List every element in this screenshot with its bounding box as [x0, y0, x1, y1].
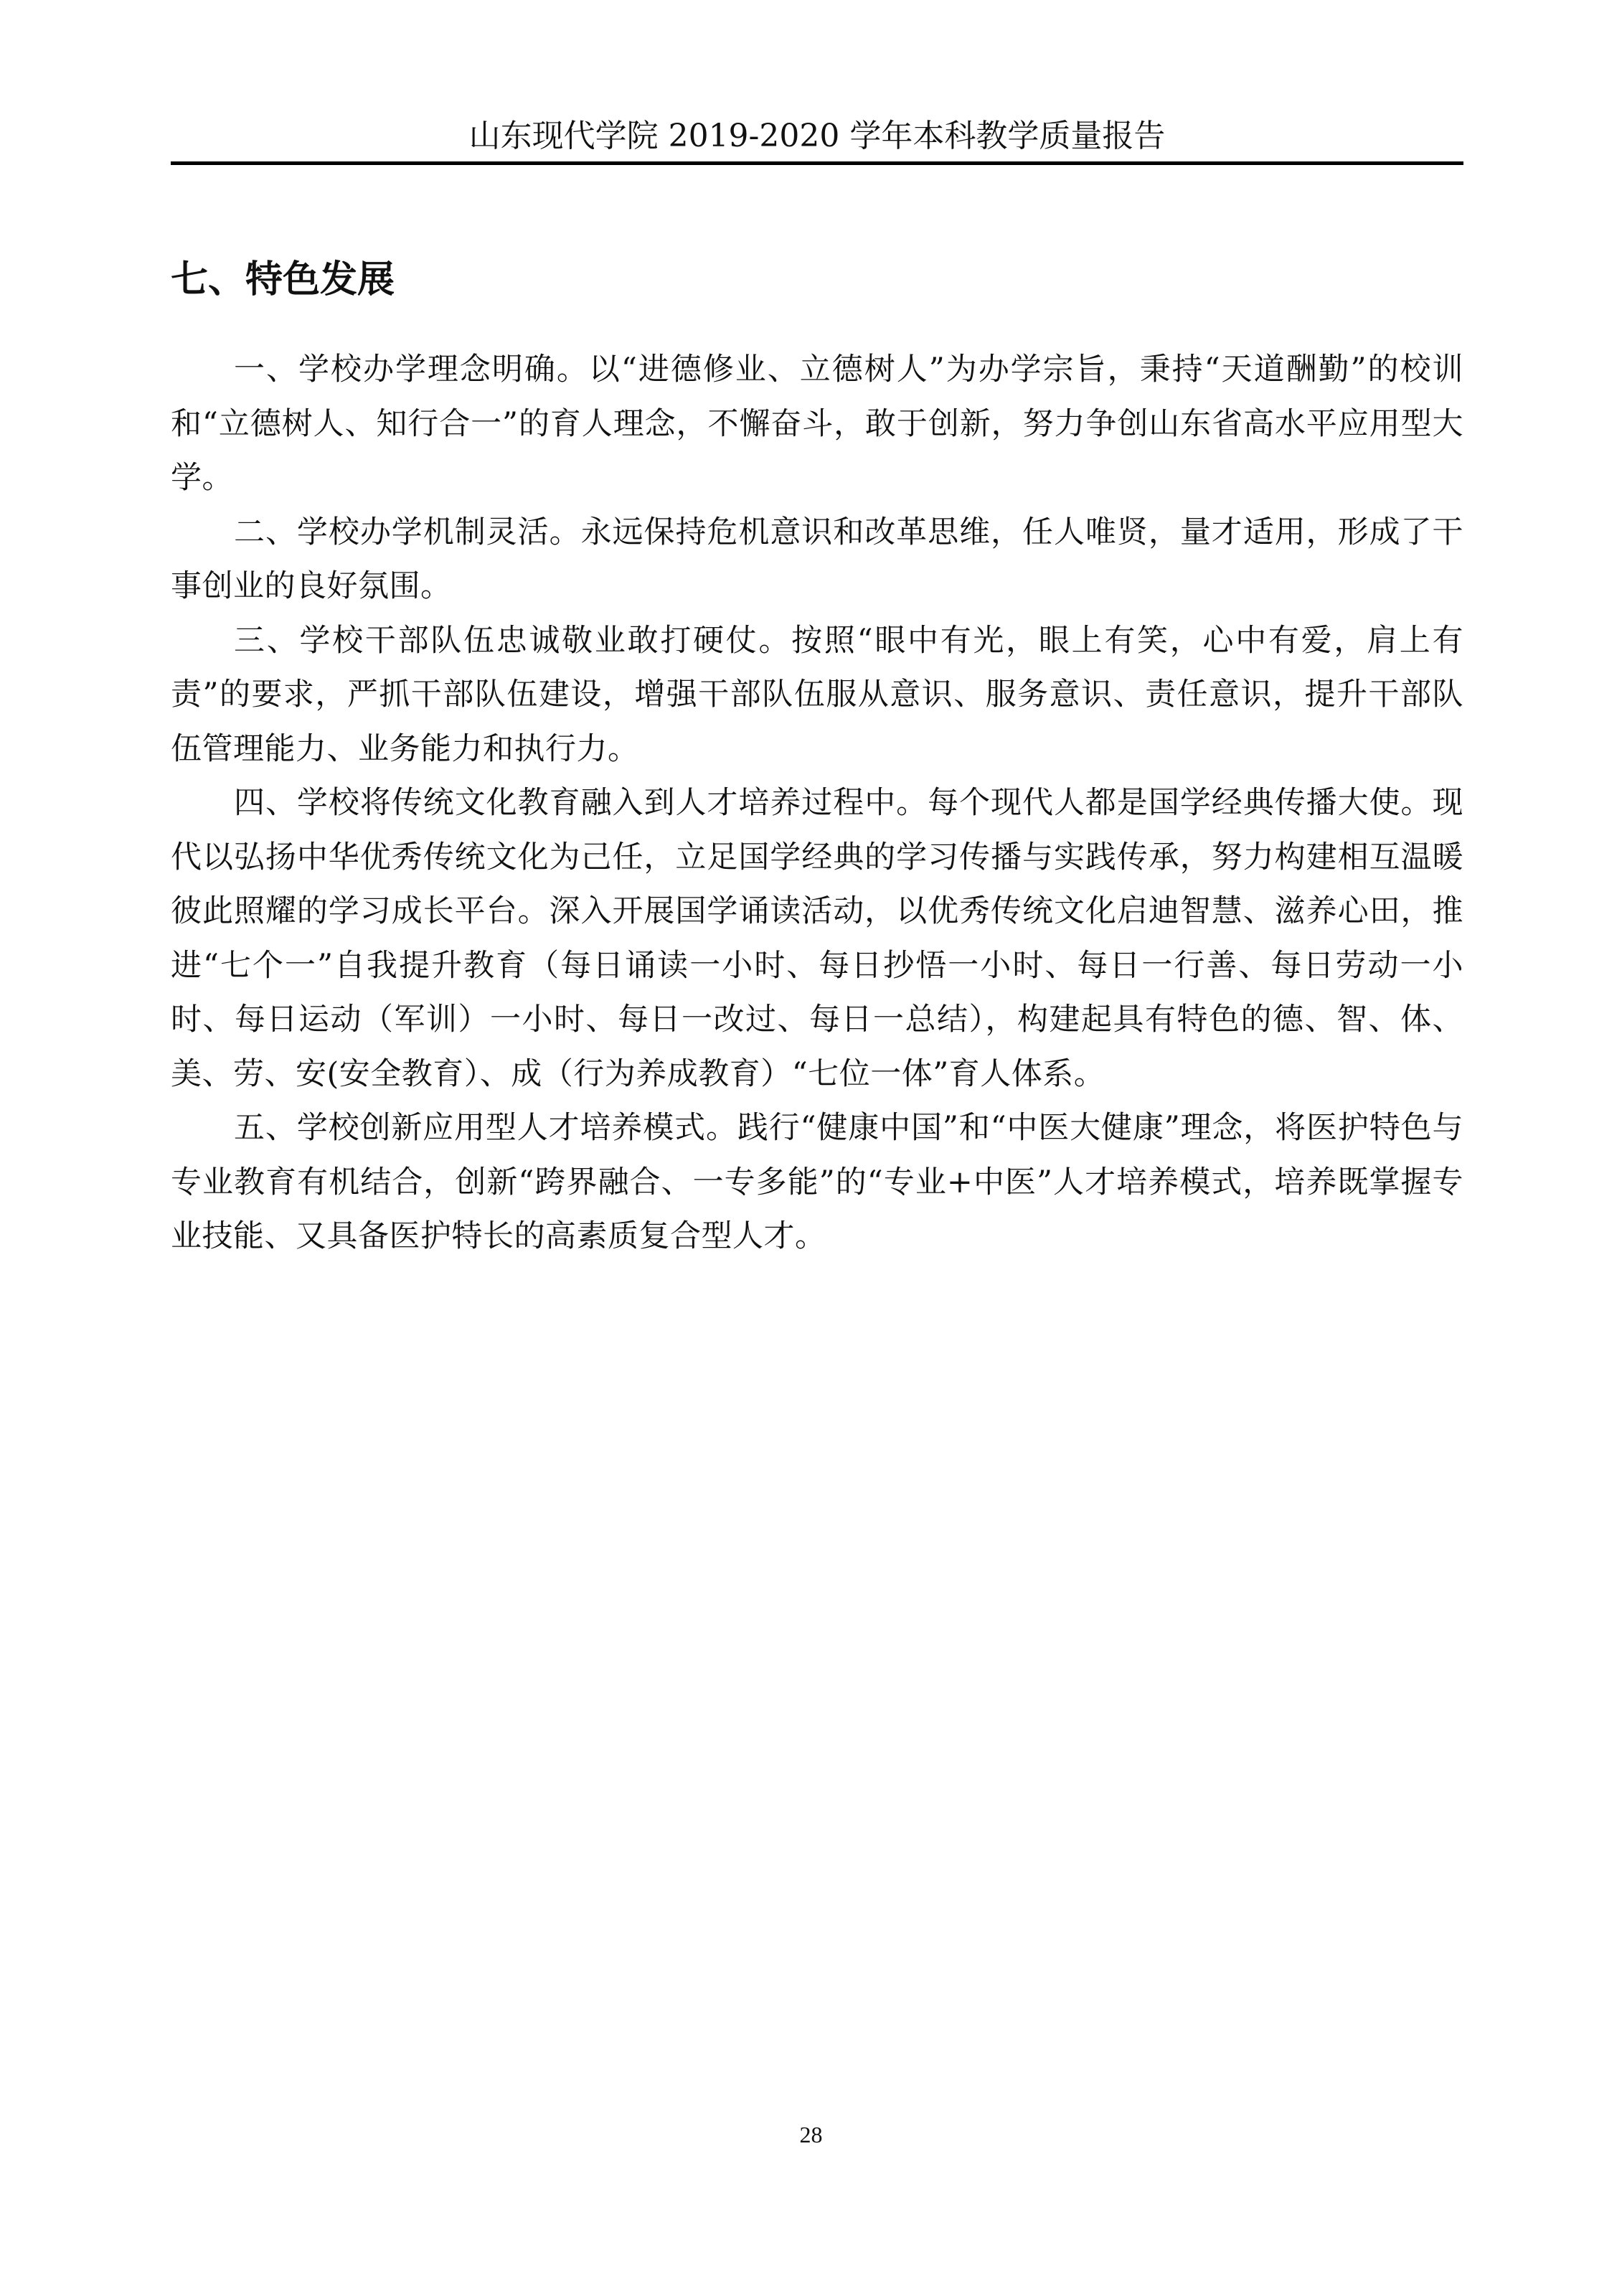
running-header: 山东现代学院 2019-2020 学年本科教学质量报告: [171, 115, 1463, 158]
paragraph-4: 四、学校将传统文化教育融入到人才培养过程中。每个现代人都是国学经典传播大使。现代…: [171, 776, 1463, 1101]
paragraph-3: 三、学校干部队伍忠诚敬业敢打硬仗。按照“眼中有光，眼上有笑，心中有爱，肩上有责”…: [171, 614, 1463, 777]
body-text: 一、学校办学理念明确。以“进德修业、立德树人”为办学宗旨，秉持“天道酬勤”的校训…: [171, 343, 1463, 1264]
page-number: 28: [0, 2120, 1622, 2149]
paragraph-5: 五、学校创新应用型人才培养模式。践行“健康中国”和“中医大健康”理念，将医护特色…: [171, 1101, 1463, 1264]
header-rule: [171, 161, 1463, 165]
paragraph-2: 二、学校办学机制灵活。永远保持危机意识和改革思维，任人唯贤，量才适用，形成了干事…: [171, 506, 1463, 614]
paragraph-1: 一、学校办学理念明确。以“进德修业、立德树人”为办学宗旨，秉持“天道酬勤”的校训…: [171, 343, 1463, 506]
section-title: 七、特色发展: [171, 255, 395, 305]
